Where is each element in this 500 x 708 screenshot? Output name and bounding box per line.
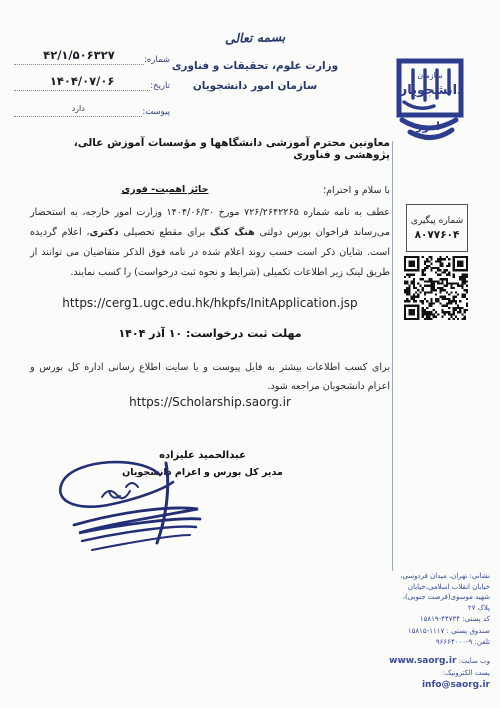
signature-block: عبدالحمید علیزاده مدیر کل بورس و اعزام د… bbox=[110, 450, 295, 478]
tracking-number-label: شماره پیگیری bbox=[407, 216, 467, 226]
letter-number-value: ۴۲/۱/۵۰۶۳۲۷ bbox=[43, 48, 115, 62]
priority-flag: حائز اهمیت- فوری bbox=[110, 184, 220, 195]
letter-number-label: شماره: bbox=[144, 55, 170, 65]
logo-word-main: دانشجویان bbox=[396, 83, 464, 98]
tracking-number-box: شماره پیگیری ۸۰۷۷۶۰۴ bbox=[406, 204, 468, 252]
attachment-row: پیوست: دارد bbox=[14, 96, 170, 117]
logo-word-bottom: امور bbox=[415, 120, 440, 133]
tracking-number-value: ۸۰۷۷۶۰۴ bbox=[407, 229, 467, 241]
footer-postal-code: کد پستی: ۴۴۷۳۴-۱۵۸۱۹ bbox=[396, 614, 490, 625]
footer-website-label: وب سایت: bbox=[459, 657, 490, 665]
deadline-line: مهلت ثبت درخواست: ۱۰ آذر ۱۴۰۴ bbox=[30, 327, 390, 340]
body-paragraph: عطف به نامه شماره ۷۲۶/۲۶۴۲۲۶۵ مورخ ۱۴۰۴/… bbox=[30, 203, 390, 283]
saorg-logo-icon: دانشجویان سازمان امور bbox=[394, 58, 466, 144]
salutation: با سلام و احترام؛ bbox=[245, 185, 390, 196]
footer-email-line: پست الکترونیک: info@saorg.ir bbox=[384, 667, 490, 691]
footer-email-address: info@saorg.ir bbox=[422, 680, 490, 690]
margin-divider-line bbox=[392, 141, 393, 571]
footer-phone: تلفن: ۹-۹۶۶۶۴۰۰۰ bbox=[396, 637, 490, 648]
dotted-leader: دارد bbox=[14, 96, 142, 117]
reference-stamp-block: شماره: ۴۲/۱/۵۰۶۳۲۷ تاریخ: ۱۴۰۴/۰۷/۰۶ پیو… bbox=[14, 44, 170, 122]
bold-doctorate: دکتری bbox=[90, 227, 119, 238]
more-info-paragraph: برای کسب اطلاعات بیشتر به فایل پیوست و ی… bbox=[30, 358, 390, 396]
footer-website-url: www.saorg.ir bbox=[389, 656, 456, 666]
qr-code bbox=[404, 256, 468, 320]
attachment-value: دارد bbox=[72, 104, 85, 113]
bold-hong-kong: هنگ کنگ bbox=[210, 227, 255, 238]
footer-web-block: وب سایت: www.saorg.ir پست الکترونیک: inf… bbox=[384, 655, 490, 691]
body-text: برای مقطع تحصیلی bbox=[119, 227, 210, 238]
attachment-label: پیوست: bbox=[142, 107, 170, 117]
letter-date-value: ۱۴۰۴/۰۷/۰۶ bbox=[50, 74, 115, 88]
letter-date-row: تاریخ: ۱۴۰۴/۰۷/۰۶ bbox=[14, 70, 170, 91]
scholarship-url: https://Scholarship.saorg.ir bbox=[30, 395, 390, 409]
letter-date-label: تاریخ: bbox=[150, 81, 170, 91]
footer-po-box: صندوق پستی : ۱۱۱۷-۱۵۸۱۵ bbox=[396, 626, 490, 637]
letter-number-row: شماره: ۴۲/۱/۵۰۶۳۲۷ bbox=[14, 44, 170, 65]
recipient-line: معاونین محترم آموزشی دانشگاهها و مؤسسات … bbox=[30, 137, 390, 161]
footer-email-label: پست الکترونیک: bbox=[443, 669, 490, 677]
dotted-leader: ۱۴۰۴/۰۷/۰۶ bbox=[14, 70, 150, 91]
logo-word-top: سازمان bbox=[417, 71, 443, 80]
scanned-letter: بسمه تعالی وزارت علوم، تحقیقات و فناوری … bbox=[0, 0, 500, 708]
footer-address-block: نشانی: تهران، میدان فردوسی، خیابان انقلا… bbox=[396, 571, 490, 649]
signatory-name: عبدالحمید علیزاده bbox=[110, 450, 295, 461]
footer-website-line: وب سایت: www.saorg.ir bbox=[384, 655, 490, 667]
dotted-leader: ۴۲/۱/۵۰۶۳۲۷ bbox=[14, 44, 144, 65]
signatory-title: مدیر کل بورس و اعزام دانشجویان bbox=[110, 467, 295, 478]
application-url: https://cerg1.ugc.edu.hk/hkpfs/InitAppli… bbox=[30, 296, 390, 310]
footer-address: نشانی: تهران، میدان فردوسی، خیابان انقلا… bbox=[396, 571, 490, 613]
bismillah-calligraphy: بسمه تعالی bbox=[175, 27, 335, 48]
